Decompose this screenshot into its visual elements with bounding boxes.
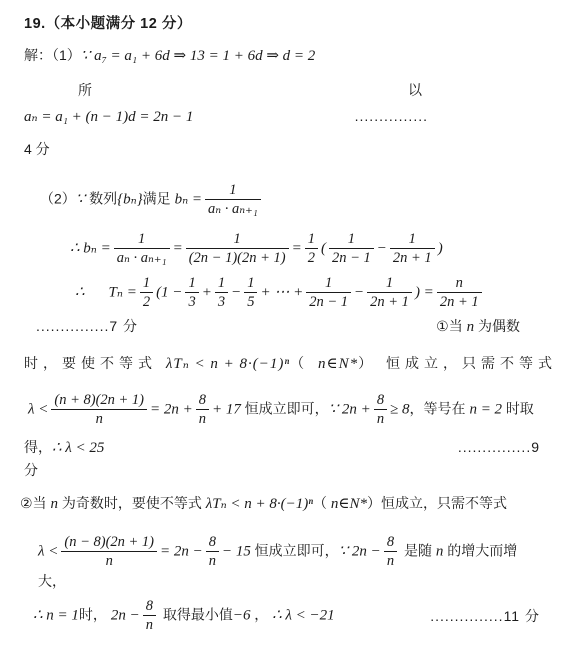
n-in-N: n∈N* — [318, 356, 358, 372]
even-case-bound-line: λ <(n + 8)(2n + 1)n= 2n +8n+ 17 恒成立即可，∵ … — [28, 391, 540, 428]
fraction: (n − 8)(2n + 1)n — [61, 533, 157, 570]
score-mark-9: ...............9 — [458, 436, 540, 458]
final-conclusion-line: ∴ n = 1时， 2n −8n 取得最小值−6 ， ∴ λ < −21 ...… — [33, 597, 540, 634]
therefore-bn: ∴ bₙ = — [70, 241, 111, 257]
bn-partial-fraction-line: ∴ bₙ =1aₙ · aₙ₊₁=1(2n − 1)(2n + 1)=12(12… — [70, 230, 540, 267]
fraction: 12n + 1 — [367, 274, 412, 311]
fraction: 1(2n − 1)(2n + 1) — [186, 230, 289, 267]
fraction: 1aₙ · aₙ₊₁ — [205, 181, 261, 218]
part2-definition-line: （2）∵ 数列{bₙ}满足 bₙ =1aₙ · aₙ₊₁ — [40, 181, 540, 218]
bn-equals: bₙ = — [175, 191, 202, 207]
lambda-less-25: ∴ λ < 25 — [52, 440, 104, 456]
fraction: (n + 8)(2n + 1)n — [51, 391, 147, 428]
problem-number-title: 19.（本小题满分 12 分） — [24, 13, 540, 35]
fraction: 8n — [374, 391, 387, 428]
fraction: n2n + 1 — [437, 274, 482, 311]
score-mark-11: ...............11 分 — [430, 605, 540, 627]
solve-label: 解：（1） — [24, 47, 81, 63]
case-even-label: ①当 n 为偶数 — [436, 315, 520, 338]
fraction: 8n — [196, 391, 209, 428]
score7-and-case-even-line: ...............7 分 ①当 n 为偶数 — [36, 315, 540, 338]
fraction: 12n − 1 — [329, 230, 374, 267]
fraction: 8n — [384, 533, 397, 570]
inequality-lambda-tn: λTₙ < n + 8·(−1)ⁿ — [206, 496, 313, 512]
char-suo: 所 — [78, 79, 92, 101]
even-case-condition-line: 时，要使不等式 λTₙ < n + 8·(−1)ⁿ（ n∈N*） 恒成立，只需不… — [24, 352, 540, 375]
fraction: 8n — [143, 597, 156, 634]
odd-case-bound-line: λ <(n − 8)(2n + 1)n= 2n −8n− 15 恒成立即可，∵ … — [38, 533, 540, 592]
tn-equals: Tₙ = — [109, 284, 137, 300]
equation-a7: ∵ a₇ = a₁ + 6d ⇒ 13 = 1 + 6d ⇒ d = 2 — [81, 48, 315, 64]
part2-label: （2） — [40, 190, 76, 206]
fraction: 13 — [215, 274, 228, 311]
fraction: 13 — [185, 274, 198, 311]
conclusion-even: 得，∴ λ < 25 — [24, 436, 104, 459]
fraction: 12n + 1 — [390, 230, 435, 267]
justified-suoyi-line: 所 以 — [78, 79, 422, 101]
lambda-less-minus21: ∴ λ < −21 — [272, 608, 335, 624]
sequence-label: 数列 — [89, 190, 117, 206]
lambda-less: λ < — [28, 401, 48, 417]
document-page: 19.（本小题满分 12 分） 解：（1）∵ a₇ = a₁ + 6d ⇒ 13… — [0, 0, 562, 635]
therefore-symbol: ∴ — [75, 284, 85, 300]
satisfies-label: 满足 — [143, 190, 175, 206]
fraction: 12 — [305, 230, 318, 267]
conclusion-odd: ∴ n = 1时， 2n −8n 取得最小值−6 ， ∴ λ < −21 — [33, 597, 335, 634]
fraction: 15 — [244, 274, 257, 311]
fraction: 1aₙ · aₙ₊₁ — [114, 230, 170, 267]
lambda-less: λ < — [38, 543, 58, 559]
lambda-25-line: 得，∴ λ < 25 ...............9 — [24, 436, 540, 459]
bn-set: {bₙ} — [117, 191, 143, 207]
n-in-N: n∈N* — [331, 496, 367, 512]
score-mark-7: ...............7 分 — [36, 315, 138, 337]
dotted-leader: ............... — [355, 105, 428, 127]
because-symbol: ∵ — [76, 191, 89, 207]
fraction: 8n — [206, 533, 219, 570]
equation-an: aₙ = a₁ + (n − 1)d = 2n − 1 — [24, 106, 193, 128]
inequality-lambda-tn: λTₙ < n + 8·(−1)ⁿ — [166, 356, 290, 372]
tn-sum-line: ∴Tₙ =12(1 −13+13−15+ ⋯ +12n − 1−12n + 1)… — [75, 274, 540, 311]
score-mark-4: 4 分 — [24, 138, 540, 160]
solution-line-d-value: 解：（1）∵ a₇ = a₁ + 6d ⇒ 13 = 1 + 6d ⇒ d = … — [24, 44, 540, 67]
char-yi: 以 — [408, 79, 422, 101]
fraction: 12 — [140, 274, 153, 311]
odd-case-condition-line: ②当 n 为奇数时，要使不等式 λTₙ < n + 8·(−1)ⁿ（ n∈N*）… — [20, 492, 540, 515]
score-mark-9-fen: 分 — [24, 459, 540, 481]
general-term-line: aₙ = a₁ + (n − 1)d = 2n − 1 ............… — [24, 105, 540, 128]
fraction: 12n − 1 — [306, 274, 351, 311]
